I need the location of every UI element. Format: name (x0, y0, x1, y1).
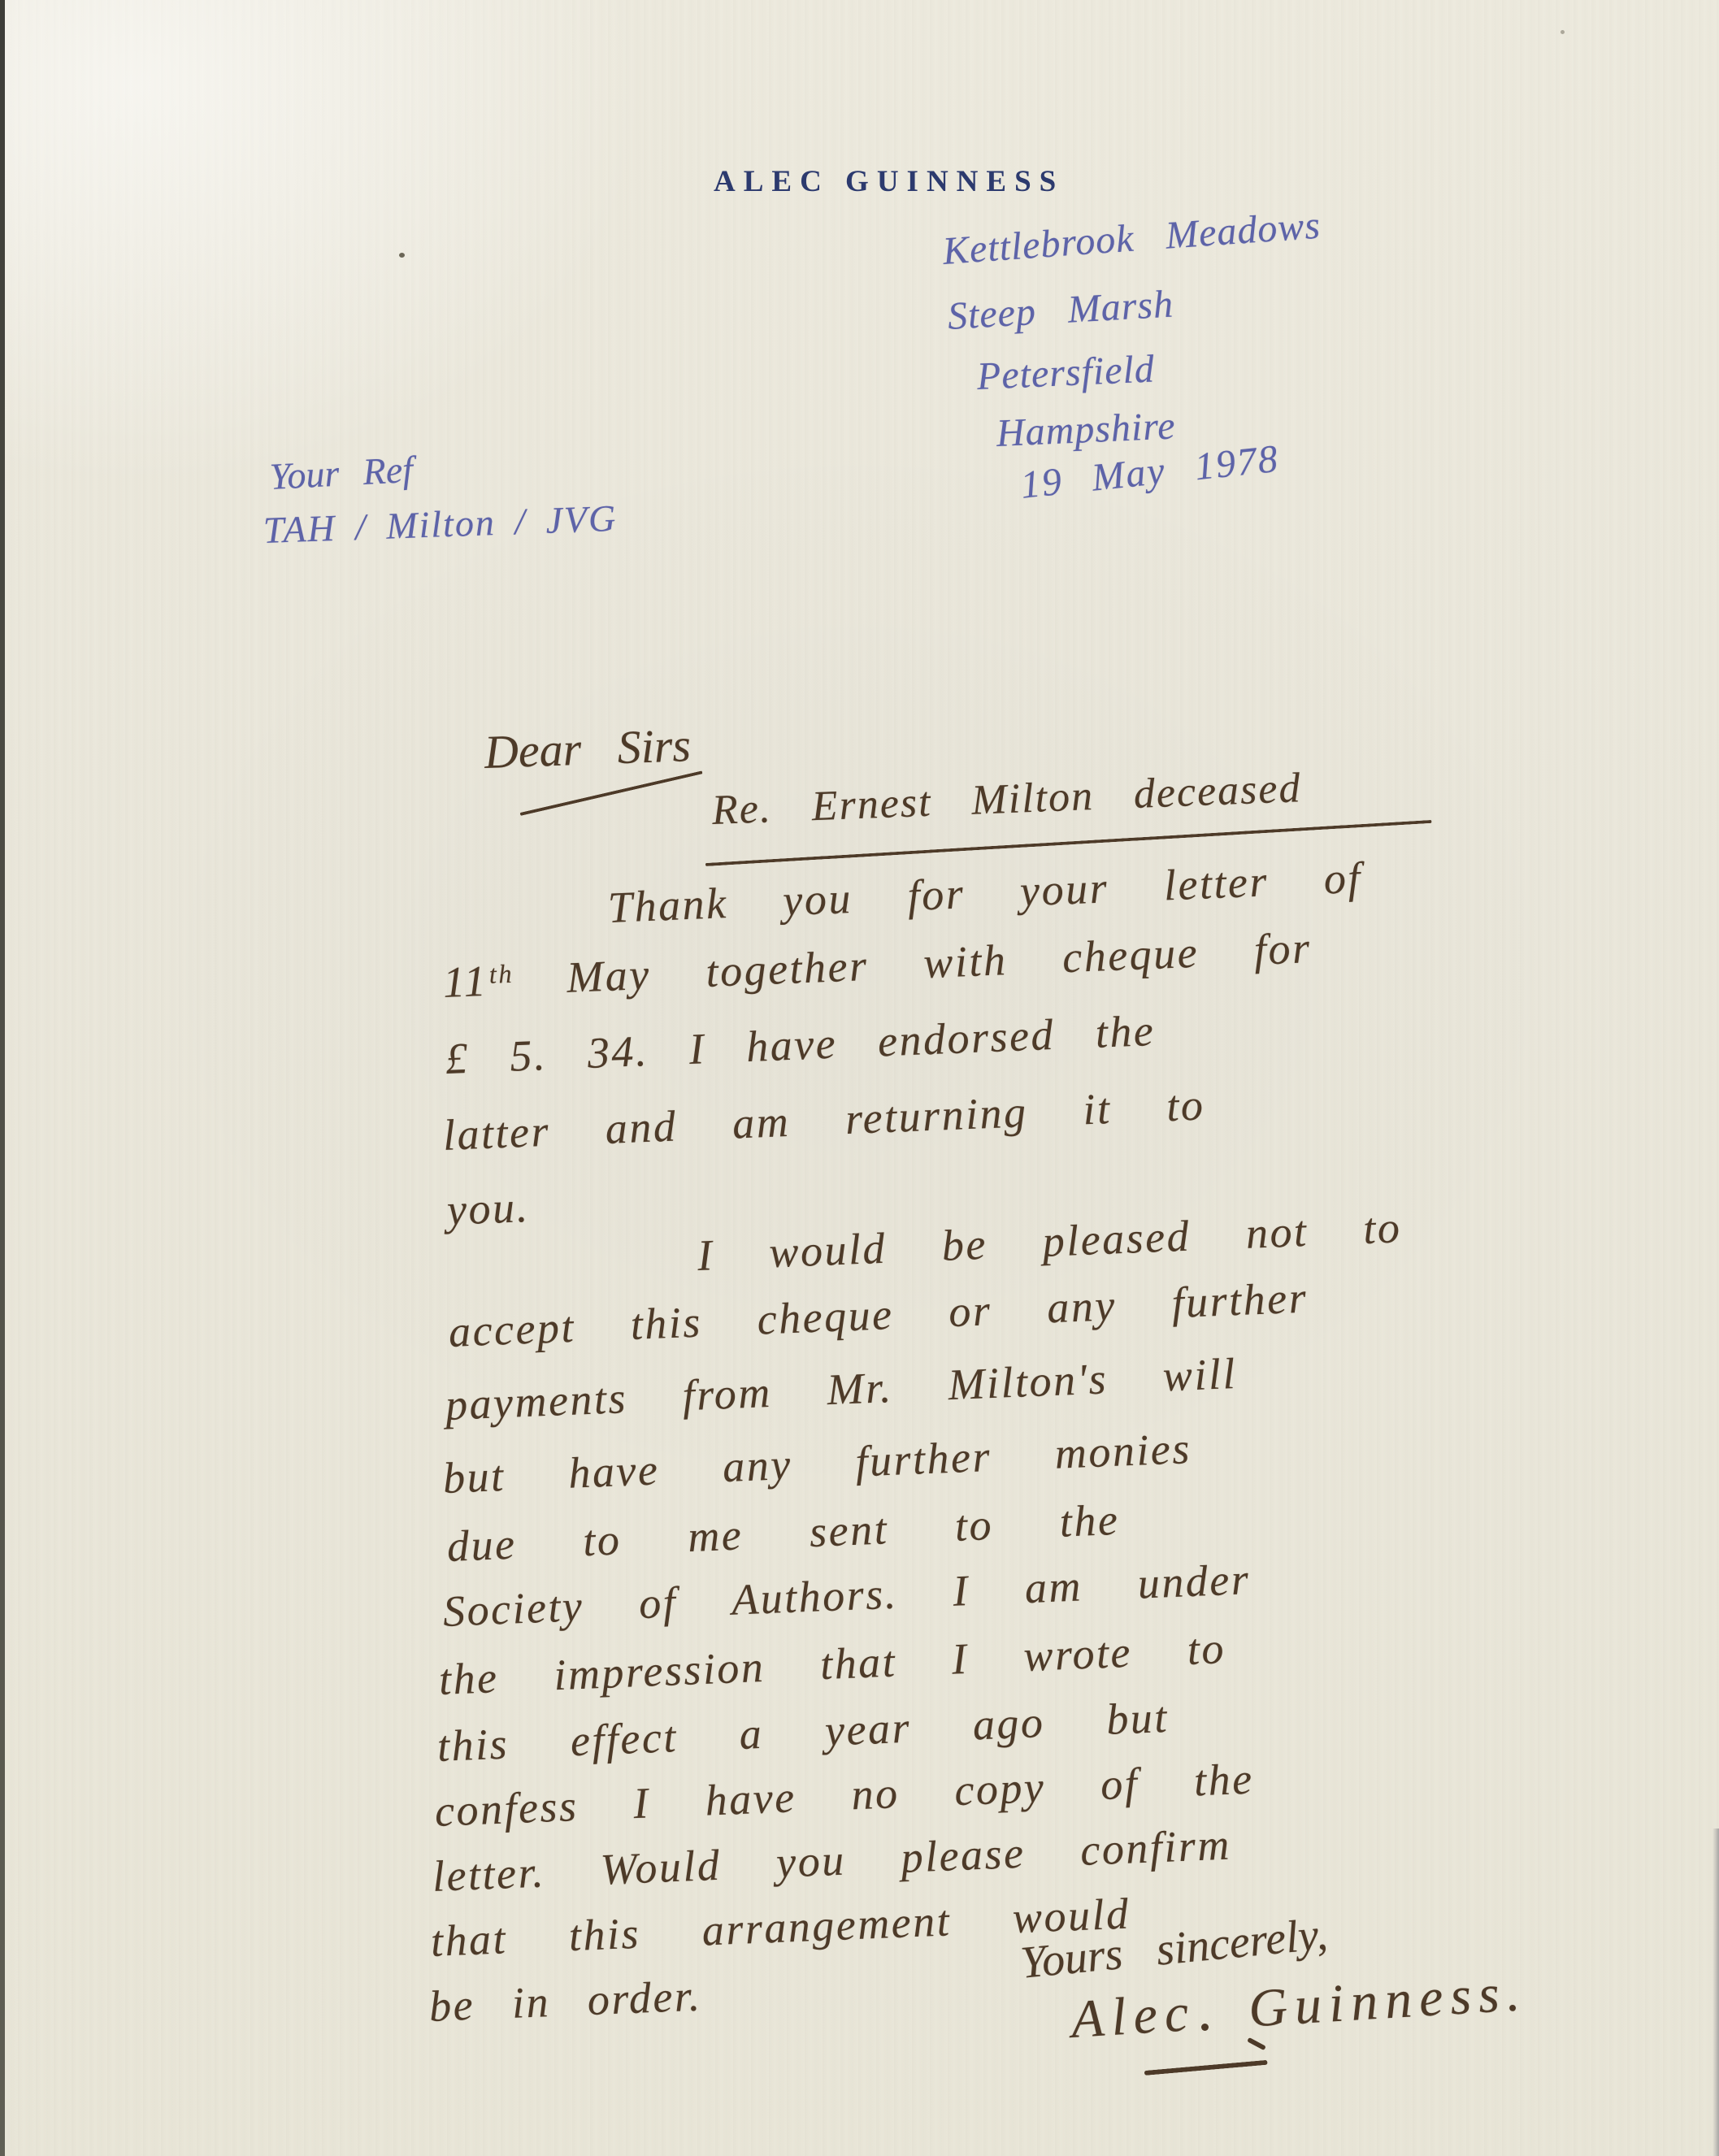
signature-flourish-dot (1201, 2024, 1209, 2031)
body-line: £ 5. 34. I have endorsed the (445, 1005, 1157, 1084)
salutation: Dear Sirs (484, 718, 692, 779)
letter-page: ALEC GUINNESS Kettlebrook Meadows Steep … (0, 0, 1719, 2156)
letterhead-name: ALEC GUINNESS (714, 164, 1064, 199)
body-line: but have any further monies (442, 1423, 1192, 1503)
address-line-1: Kettlebrook Meadows (941, 203, 1322, 274)
body-line: accept this cheque or any further (448, 1273, 1309, 1357)
scan-right-edge-shadow (1712, 1828, 1719, 2156)
reference-value: TAH / Milton / JVG (263, 497, 618, 552)
body-line: this effect a year ago but (436, 1692, 1170, 1772)
subject-line: Re. Ernest Milton deceased (711, 764, 1303, 835)
signature-flourish-dash (1144, 2060, 1268, 2076)
address-line-3: Petersfield (976, 346, 1156, 398)
body-line: payments from Mr. Milton's will (445, 1348, 1238, 1430)
scan-left-edge-shadow (0, 0, 5, 2156)
body-line: you. (446, 1182, 531, 1235)
salutation-underline (520, 770, 703, 816)
paper-speck (399, 253, 405, 258)
body-line: be in order. (428, 1971, 703, 2032)
paper-speck (1561, 30, 1565, 34)
address-line-4: Hampshire (996, 403, 1177, 456)
body-line: latter and am returning it to (442, 1079, 1206, 1160)
body-line: due to me sent to the (446, 1494, 1121, 1572)
body-line: I would be pleased not to (697, 1202, 1403, 1281)
body-line: 11ᵗʰ May together with cheque for (442, 922, 1313, 1008)
address-line-2: Steep Marsh (946, 282, 1174, 339)
body-line: the impression that I wrote to (438, 1623, 1226, 1705)
reference-label: Your Ref (269, 448, 415, 498)
